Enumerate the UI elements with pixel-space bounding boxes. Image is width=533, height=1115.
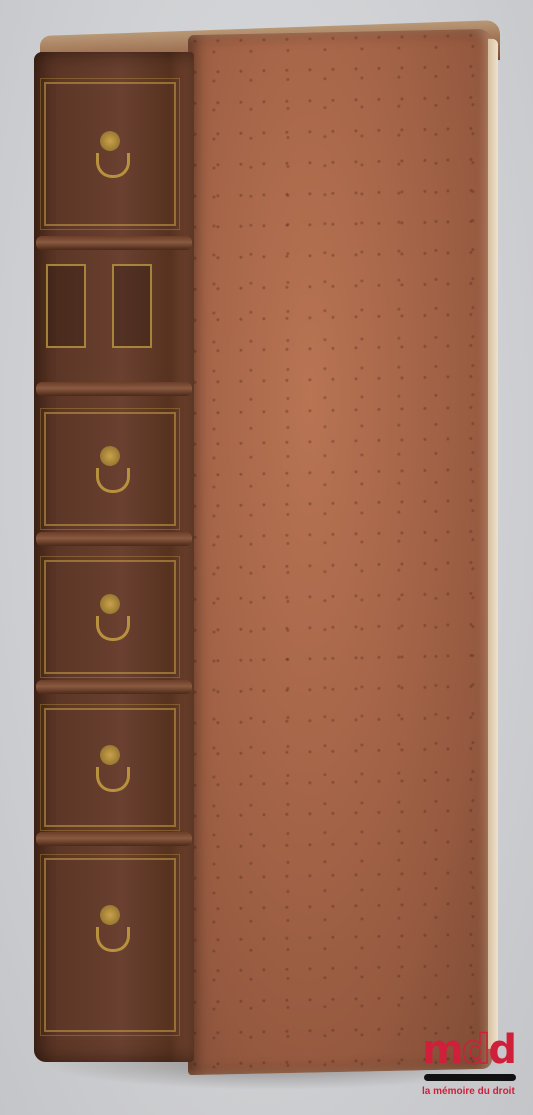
gilt-fleuron-icon <box>93 903 127 953</box>
logo-tagline: la mémoire du droit <box>422 1086 522 1097</box>
page-edges <box>488 39 498 1049</box>
gilt-fleuron-icon <box>93 129 127 179</box>
book-front-cover <box>188 29 492 1075</box>
raised-band-5 <box>36 832 192 846</box>
raised-band-3 <box>36 532 192 546</box>
spine-label-left <box>46 264 86 348</box>
spine-compartment-1 <box>44 82 176 226</box>
gilt-fleuron-icon <box>93 592 127 642</box>
logo-mark: mdd <box>422 1030 522 1070</box>
gilt-fleuron-icon <box>93 444 127 494</box>
book-spine <box>34 52 194 1062</box>
spine-compartment-5 <box>44 708 176 827</box>
raised-band-1 <box>36 236 192 250</box>
spine-compartment-4 <box>44 560 176 674</box>
spine-title-compartment <box>44 262 176 376</box>
spine-label-right <box>112 264 152 348</box>
raised-band-4 <box>36 680 192 694</box>
gilt-fleuron-icon <box>93 743 127 793</box>
raised-band-2 <box>36 382 192 396</box>
logo-bar <box>424 1074 516 1081</box>
mdd-logo: mdd la mémoire du droit <box>422 1030 522 1110</box>
spine-compartment-3 <box>44 412 176 526</box>
book-photo: mdd la mémoire du droit <box>0 0 533 1115</box>
spine-compartment-6 <box>44 858 176 1032</box>
